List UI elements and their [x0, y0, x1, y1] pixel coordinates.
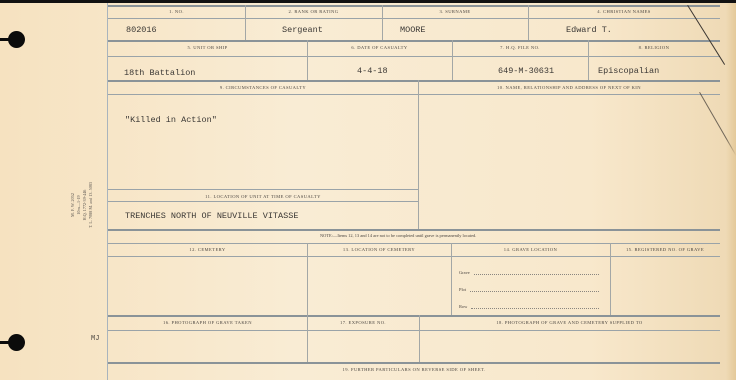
value-no: 802016 [126, 25, 157, 35]
footer-further-particulars: 19. Further particulars on reverse side … [108, 367, 720, 372]
label-location-of-cemetery: 13. Location of Cemetery [307, 247, 451, 252]
label-location-of-unit: 11. Location of Unit at Time of Casualty [108, 194, 418, 199]
rule [108, 18, 720, 19]
label-no: 1. No. [108, 9, 245, 14]
value-circumstances: "Killed in Action" [125, 115, 217, 125]
value-rank: Sergeant [282, 25, 323, 35]
rule [108, 189, 418, 190]
rule [108, 5, 720, 7]
label-photo-supplied-to: 18. Photograph of Grave and Cemetery Sup… [419, 320, 720, 325]
note-items-12-14: NOTE:—Items 12, 13 and 14 are not to be … [320, 233, 476, 238]
value-christian-names: Edward T. [566, 25, 612, 35]
rule [108, 94, 720, 95]
column-divider [418, 80, 419, 229]
rule [108, 330, 720, 331]
margin-print-code: M. F. W. 2052 10m—1-19 H.Q. 1772-39-446 … [70, 160, 100, 250]
label-surname: 3. Surname [382, 9, 528, 14]
label-grave-location: 14. Grave Location [451, 247, 610, 252]
column-divider [610, 243, 611, 315]
row-field-label: Row [459, 304, 467, 309]
margin-print-line: T. L. 7088 M. and 13. 5083 [88, 160, 94, 250]
card-edge-shading [726, 3, 736, 380]
column-divider [451, 243, 452, 315]
rule [108, 201, 418, 202]
clerk-initials: MJ [91, 335, 99, 343]
label-unit: 5. Unit or Ship [108, 45, 307, 50]
rule [108, 362, 720, 364]
binder-hole-bottom [8, 334, 25, 351]
value-hq-file-no: 649-M-30631 [498, 66, 554, 76]
rule [108, 56, 720, 57]
label-religion: 8. Religion [588, 45, 720, 50]
rule [108, 243, 720, 244]
label-rank: 2. Rank or Rating [245, 9, 382, 14]
rule [108, 40, 720, 42]
rule [108, 315, 720, 317]
label-cemetery: 12. Cemetery [108, 247, 307, 252]
binder-hole-top [8, 31, 25, 48]
rule [108, 80, 720, 82]
value-religion: Episcopalian [598, 66, 659, 76]
row-field-line [471, 308, 599, 309]
label-hq-file-no: 7. H.Q. File No. [452, 45, 588, 50]
label-exposure-no: 17. Exposure No. [307, 320, 419, 325]
value-unit: 18th Battalion [124, 68, 195, 78]
grave-field-label: Grave [459, 270, 470, 275]
label-photo-taken: 16. Photograph of Grave Taken [108, 320, 307, 325]
label-date-of-casualty: 6. Date of Casualty [307, 45, 452, 50]
value-location-of-unit: TRENCHES NORTH OF NEUVILLE VITASSE [125, 211, 298, 221]
grave-field-line [474, 274, 599, 275]
value-date-of-casualty: 4-4-18 [357, 66, 388, 76]
rule [108, 256, 720, 257]
column-divider [307, 243, 308, 315]
rule [108, 229, 720, 231]
plot-field-label: Plot [459, 287, 466, 292]
plot-field-line [470, 291, 599, 292]
label-next-of-kin: 10. Name, Relationship and Address of Ne… [418, 85, 720, 90]
label-circumstances: 9. Circumstances of Casualty [108, 85, 418, 90]
label-registered-no: 15. Registered No. of Grave [610, 247, 720, 252]
value-surname: MOORE [400, 25, 426, 35]
